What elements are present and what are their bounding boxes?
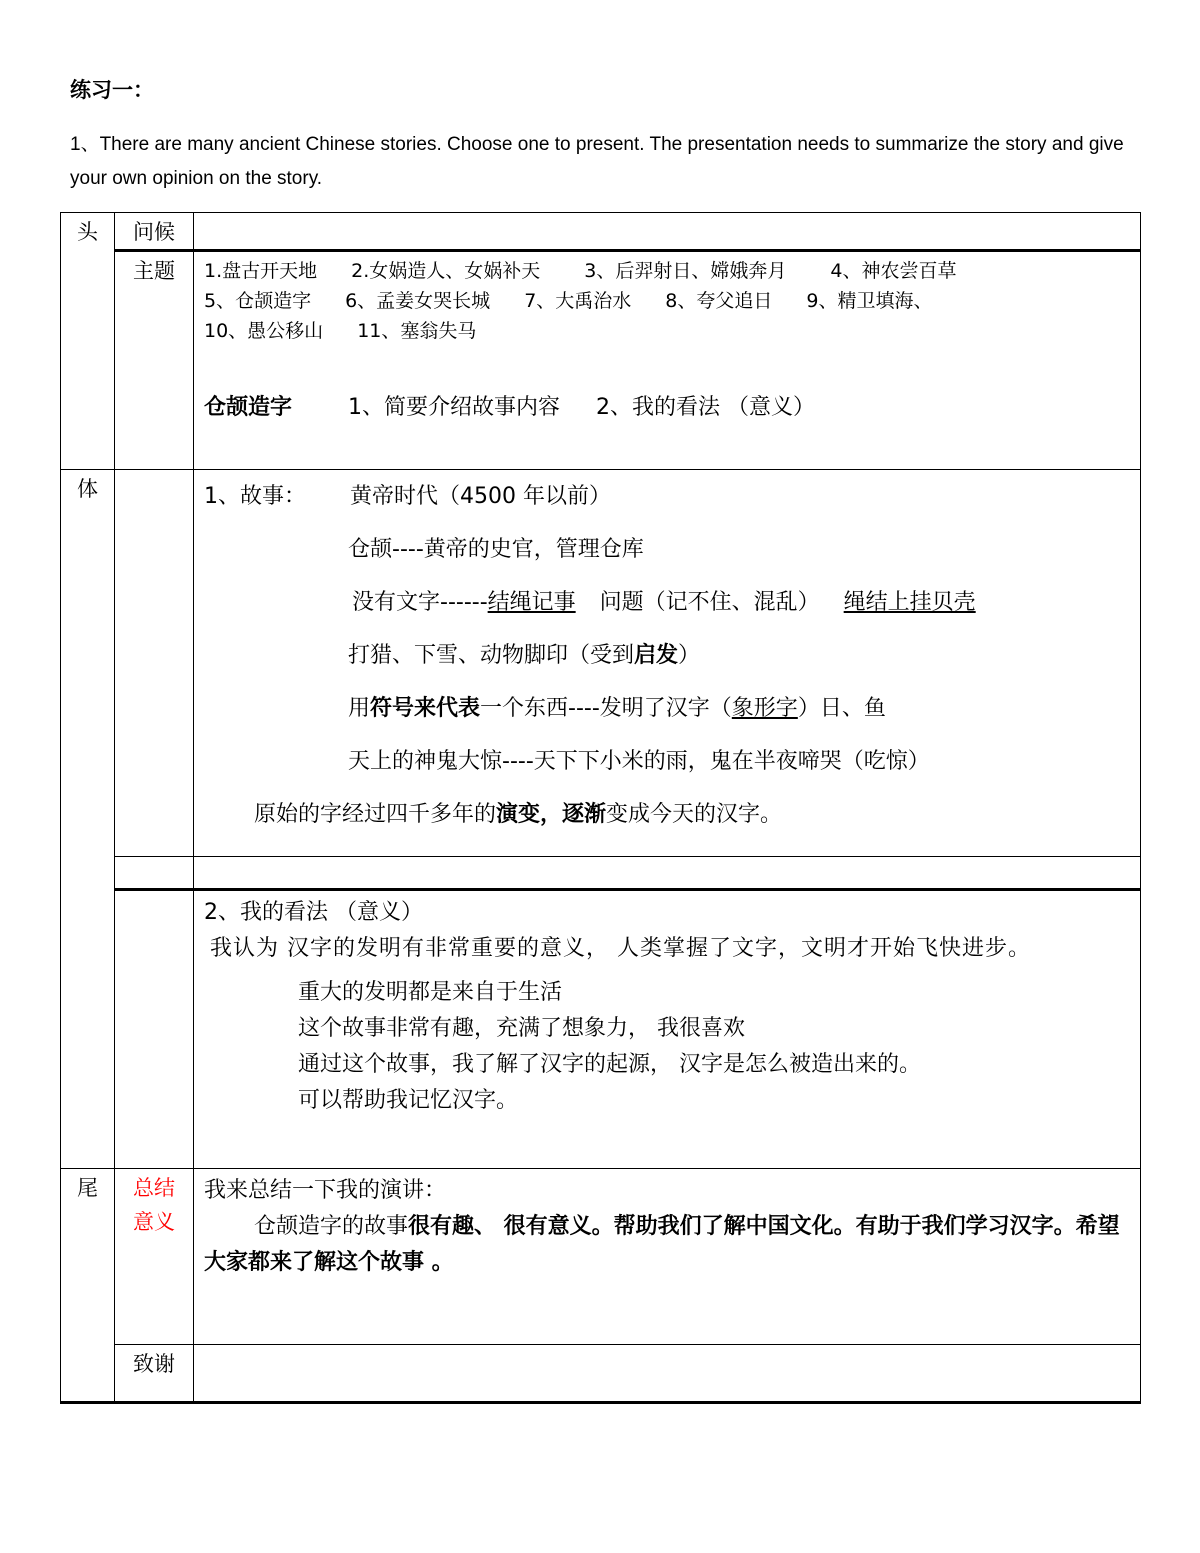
story-label-cell <box>115 470 194 857</box>
story-line-3: 没有文字------结绳记事问题（记不住、混乱）绳结上挂贝壳 <box>204 576 1140 629</box>
chosen-topic-point-1: 1、简要介绍故事内容 <box>348 395 560 420</box>
story-block: 1、故事：黄帝时代（4500 年以前） 仓颉----黄帝的史官，管理仓库 没有文… <box>194 470 1140 841</box>
story-text: 原始的字经过四千多年的 <box>254 802 496 827</box>
opinion-point: 重大的发明都是来自于生活 <box>204 975 1140 1011</box>
chosen-topic-point-2: 2、我的看法 （意义） <box>596 395 815 420</box>
topic-item: 4、神农尝百草 <box>830 260 956 282</box>
topic-item: 8、夸父追日 <box>665 290 772 312</box>
bold-term: 演变，逐渐 <box>496 802 606 827</box>
topic-item: 7、大禹治水 <box>524 290 631 312</box>
story-era: 黄帝时代（4500 年以前） <box>350 484 611 509</box>
section-tail-cell: 尾 <box>61 1169 115 1403</box>
bold-term: 符号来代表 <box>370 696 480 721</box>
story-content-cell: 1、故事：黄帝时代（4500 年以前） 仓颉----黄帝的史官，管理仓库 没有文… <box>194 470 1141 857</box>
topic-label-cell: 主题 <box>115 251 194 470</box>
greeting-content-cell <box>194 213 1141 251</box>
empty-content-cell <box>194 857 1141 890</box>
story-line-5: 用符号来代表一个东西----发明了汉字（象形字）日、鱼 <box>204 682 1140 735</box>
topic-item: 1.盘古开天地 <box>204 260 317 282</box>
topic-item: 2.女娲造人、女娲补天 <box>351 260 540 282</box>
story-text: ） <box>678 643 700 668</box>
story-line-4: 打猎、下雪、动物脚印（受到启发） <box>204 629 1140 682</box>
topic-label: 主题 <box>115 252 193 288</box>
exercise-prompt: 1、There are many ancient Chinese stories… <box>70 128 1140 196</box>
story-text: 没有文字------ <box>352 590 488 615</box>
summary-intro: 我来总结一下我的演讲： <box>204 1173 1140 1209</box>
section-head-label: 头 <box>61 213 114 249</box>
summary-block: 我来总结一下我的演讲： 仓颉造字的故事很有趣、 很有意义。帮助我们了解中国文化。… <box>194 1169 1140 1281</box>
opinion-block: 2、我的看法 （意义） 我认为 汉字的发明有非常重要的意义， 人类掌握了文字，文… <box>194 891 1140 1119</box>
section-body-label: 体 <box>61 470 114 506</box>
thanks-content-cell <box>194 1345 1141 1403</box>
story-text: 用 <box>348 696 370 721</box>
story-text: 打猎、下雪、动物脚印（受到 <box>348 643 634 668</box>
opinion-point: 这个故事非常有趣，充满了想象力， 我很喜欢 <box>204 1011 1140 1047</box>
story-text: 问题（记不住、混乱） <box>600 590 820 615</box>
opinion-paragraph: 我认为 汉字的发明有非常重要的意义， 人类掌握了文字，文明才开始飞快进步。 <box>204 931 1140 967</box>
topic-list: 1.盘古开天地2.女娲造人、女娲补天3、后羿射日、嫦娥奔月4、神农尝百草 5、仓… <box>194 252 1140 426</box>
opinion-heading: 2、我的看法 （意义） <box>204 895 1140 931</box>
exercise-title: 练习一： <box>70 74 154 104</box>
underlined-term: 象形字 <box>732 696 798 721</box>
summary-label-line-2: 意义 <box>133 1210 175 1234</box>
thanks-label: 致谢 <box>115 1345 193 1381</box>
opinion-point: 可以帮助我记忆汉字。 <box>204 1083 1140 1119</box>
topic-item: 10、愚公移山 <box>204 320 323 342</box>
greeting-label-cell: 问候 <box>115 213 194 251</box>
section-head-cell: 头 <box>61 213 115 470</box>
summary-label-line-1: 总结 <box>133 1176 175 1200</box>
opinion-point: 通过这个故事，我了解了汉字的起源， 汉字是怎么被造出来的。 <box>204 1047 1140 1083</box>
opinion-label-cell <box>115 890 194 1169</box>
empty-label-cell <box>115 857 194 890</box>
topic-item: 3、后羿射日、嫦娥奔月 <box>584 260 786 282</box>
story-text: 变成今天的汉字。 <box>606 802 782 827</box>
summary-label-cell: 总结意义 <box>115 1169 194 1345</box>
presentation-outline-table: 头 问候 主题 1.盘古开天地2.女娲造人、女娲补天3、后羿射日、嫦娥奔月4、神… <box>60 212 1141 1404</box>
topic-item: 9、精卫填海、 <box>806 290 932 312</box>
bold-term: 启发 <box>634 643 678 668</box>
topic-content-cell: 1.盘古开天地2.女娲造人、女娲补天3、后羿射日、嫦娥奔月4、神农尝百草 5、仓… <box>194 251 1141 470</box>
story-line-2: 仓颉----黄帝的史官，管理仓库 <box>204 523 1140 576</box>
greeting-label: 问候 <box>115 213 193 249</box>
underlined-term: 结绳记事 <box>488 590 576 615</box>
topic-item: 6、孟姜女哭长城 <box>345 290 490 312</box>
summary-text: 仓颉造字的故事很有趣、 很有意义。帮助我们了解中国文化。有助于我们学习汉字。希望… <box>204 1209 1140 1281</box>
topic-item: 5、仓颉造字 <box>204 290 311 312</box>
story-line-1: 1、故事：黄帝时代（4500 年以前） <box>204 470 1140 523</box>
topic-item: 11、塞翁失马 <box>357 320 476 342</box>
story-line-6: 天上的神鬼大惊----天下下小米的雨，鬼在半夜啼哭（吃惊） <box>204 735 1140 788</box>
chosen-topic-line: 仓颉造字1、简要介绍故事内容2、我的看法 （意义） <box>204 390 1140 426</box>
story-heading: 1、故事： <box>204 470 350 523</box>
section-body-cell: 体 <box>61 470 115 1169</box>
opinion-content-cell: 2、我的看法 （意义） 我认为 汉字的发明有非常重要的意义， 人类掌握了文字，文… <box>194 890 1141 1169</box>
story-text: ）日、鱼 <box>798 696 886 721</box>
story-text: 一个东西----发明了汉字（ <box>480 696 732 721</box>
summary-label: 总结意义 <box>115 1169 193 1239</box>
chosen-topic-name: 仓颉造字 <box>204 395 292 420</box>
section-tail-label: 尾 <box>61 1169 114 1205</box>
underlined-term: 绳结上挂贝壳 <box>844 590 976 615</box>
summary-lead: 仓颉造字的故事 <box>254 1214 408 1239</box>
thanks-label-cell: 致谢 <box>115 1345 194 1403</box>
story-line-7: 原始的字经过四千多年的演变，逐渐变成今天的汉字。 <box>204 788 1140 841</box>
summary-content-cell: 我来总结一下我的演讲： 仓颉造字的故事很有趣、 很有意义。帮助我们了解中国文化。… <box>194 1169 1141 1345</box>
